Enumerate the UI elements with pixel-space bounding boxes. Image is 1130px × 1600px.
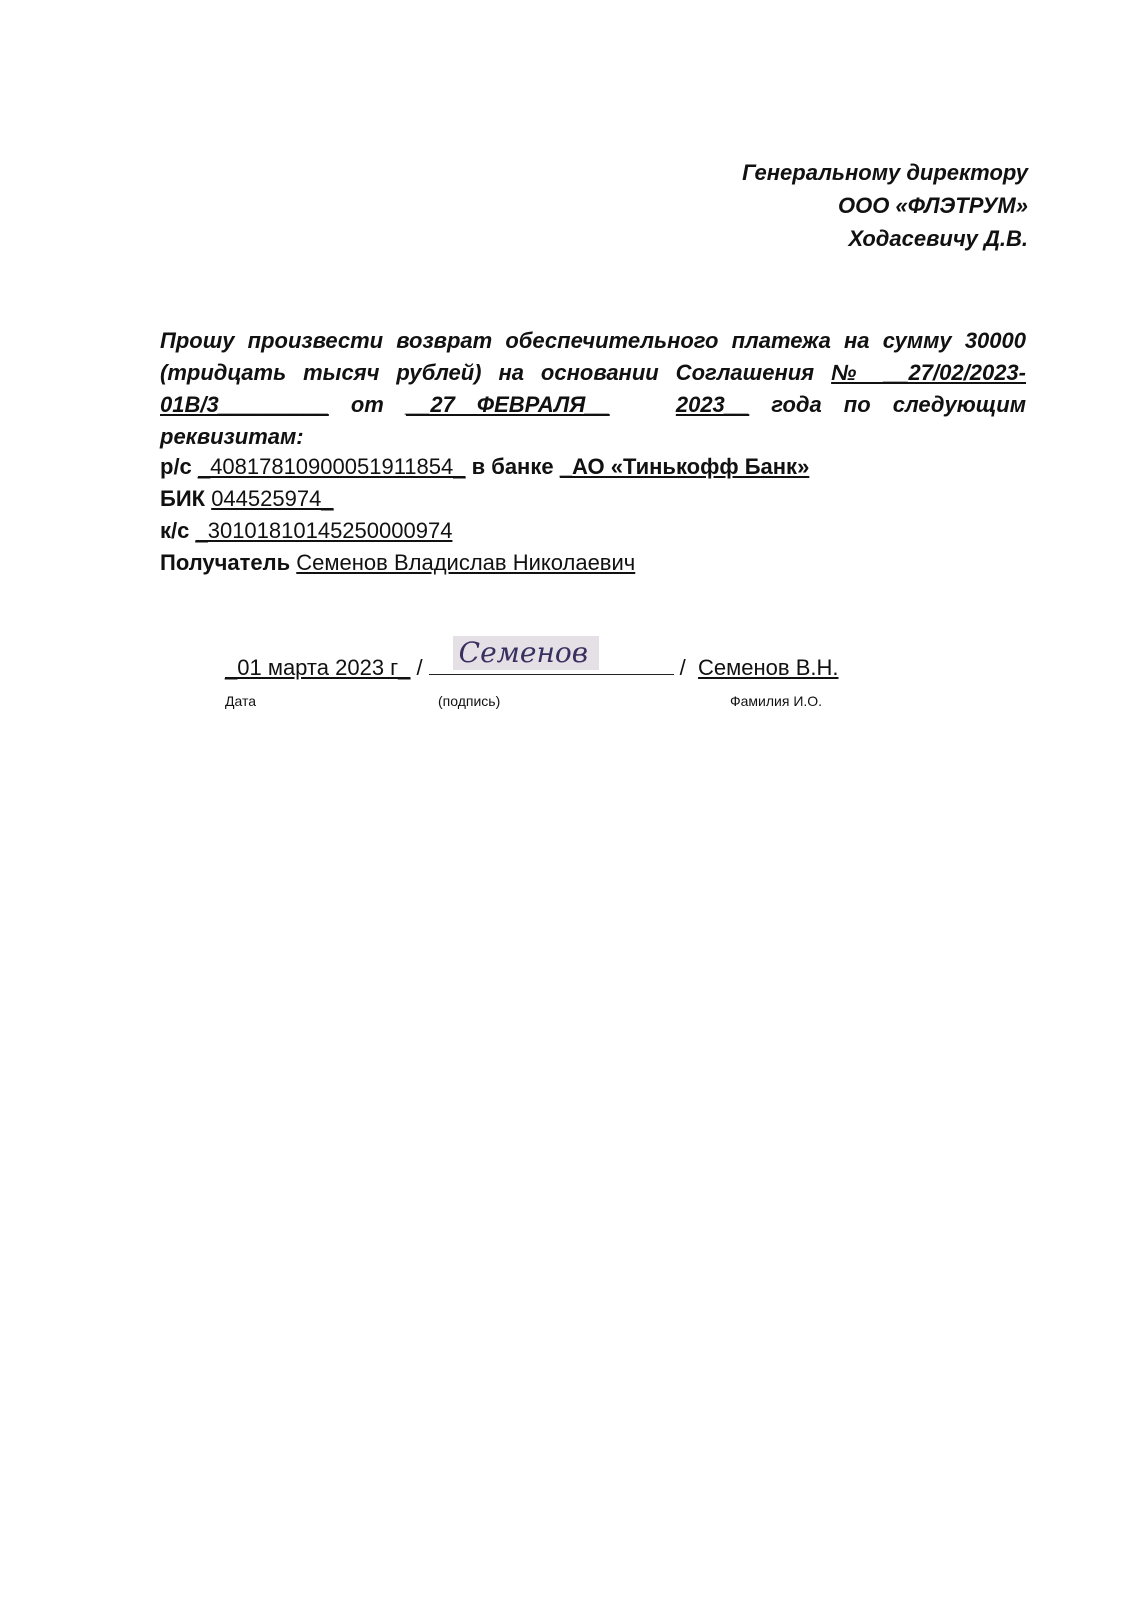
signer-name: Семенов В.Н. — [698, 655, 838, 680]
bik-value: 044525974_ — [211, 486, 333, 511]
bik-label: БИК — [160, 486, 205, 511]
request-paragraph: Прошу произвести возврат обеспечительног… — [160, 325, 1026, 453]
separator: / — [417, 655, 423, 680]
requisites-block: р/с _40817810900051911854_ в банке _АО «… — [160, 451, 809, 579]
recipient-label: Получатель — [160, 550, 290, 575]
addressee-title: Генеральному директору — [742, 156, 1028, 189]
agreement-year: 2023__ — [676, 392, 749, 417]
bank-value: _АО «Тинькофф Банк» — [560, 454, 810, 479]
bank-label: в банке — [472, 454, 554, 479]
from-word: от — [329, 392, 406, 417]
corr-account-row: к/с _30101810145250000974 — [160, 515, 809, 547]
addressee-name: Ходасевичу Д.В. — [742, 222, 1028, 255]
separator: / — [680, 655, 686, 680]
date-caption: Дата — [225, 693, 256, 709]
addressee-company: ООО «ФЛЭТРУМ» — [742, 189, 1028, 222]
account-value: _40817810900051911854_ — [198, 454, 466, 479]
name-caption: Фамилия И.О. — [730, 693, 822, 709]
handwritten-signature: Семенов — [453, 636, 599, 670]
addressee-block: Генеральному директору ООО «ФЛЭТРУМ» Ход… — [742, 156, 1028, 255]
signature-field: Семенов — [429, 648, 674, 675]
account-label: р/с — [160, 454, 192, 479]
recipient-value: Семенов Владислав Николаевич — [296, 550, 635, 575]
recipient-row: Получатель Семенов Владислав Николаевич — [160, 547, 809, 579]
signature-row: _01 марта 2023 г_ /Семенов/ Семенов В.Н. — [225, 648, 839, 685]
account-row: р/с _40817810900051911854_ в банке _АО «… — [160, 451, 809, 483]
signature-date: _01 марта 2023 г_ — [225, 655, 410, 680]
signature-caption: (подпись) — [438, 693, 500, 709]
bik-row: БИК 044525974_ — [160, 483, 809, 515]
agreement-date: __27 ФЕВРАЛЯ__ — [406, 392, 610, 417]
corr-account-value: _30101810145250000974 — [195, 518, 452, 543]
corr-account-label: к/с — [160, 518, 189, 543]
